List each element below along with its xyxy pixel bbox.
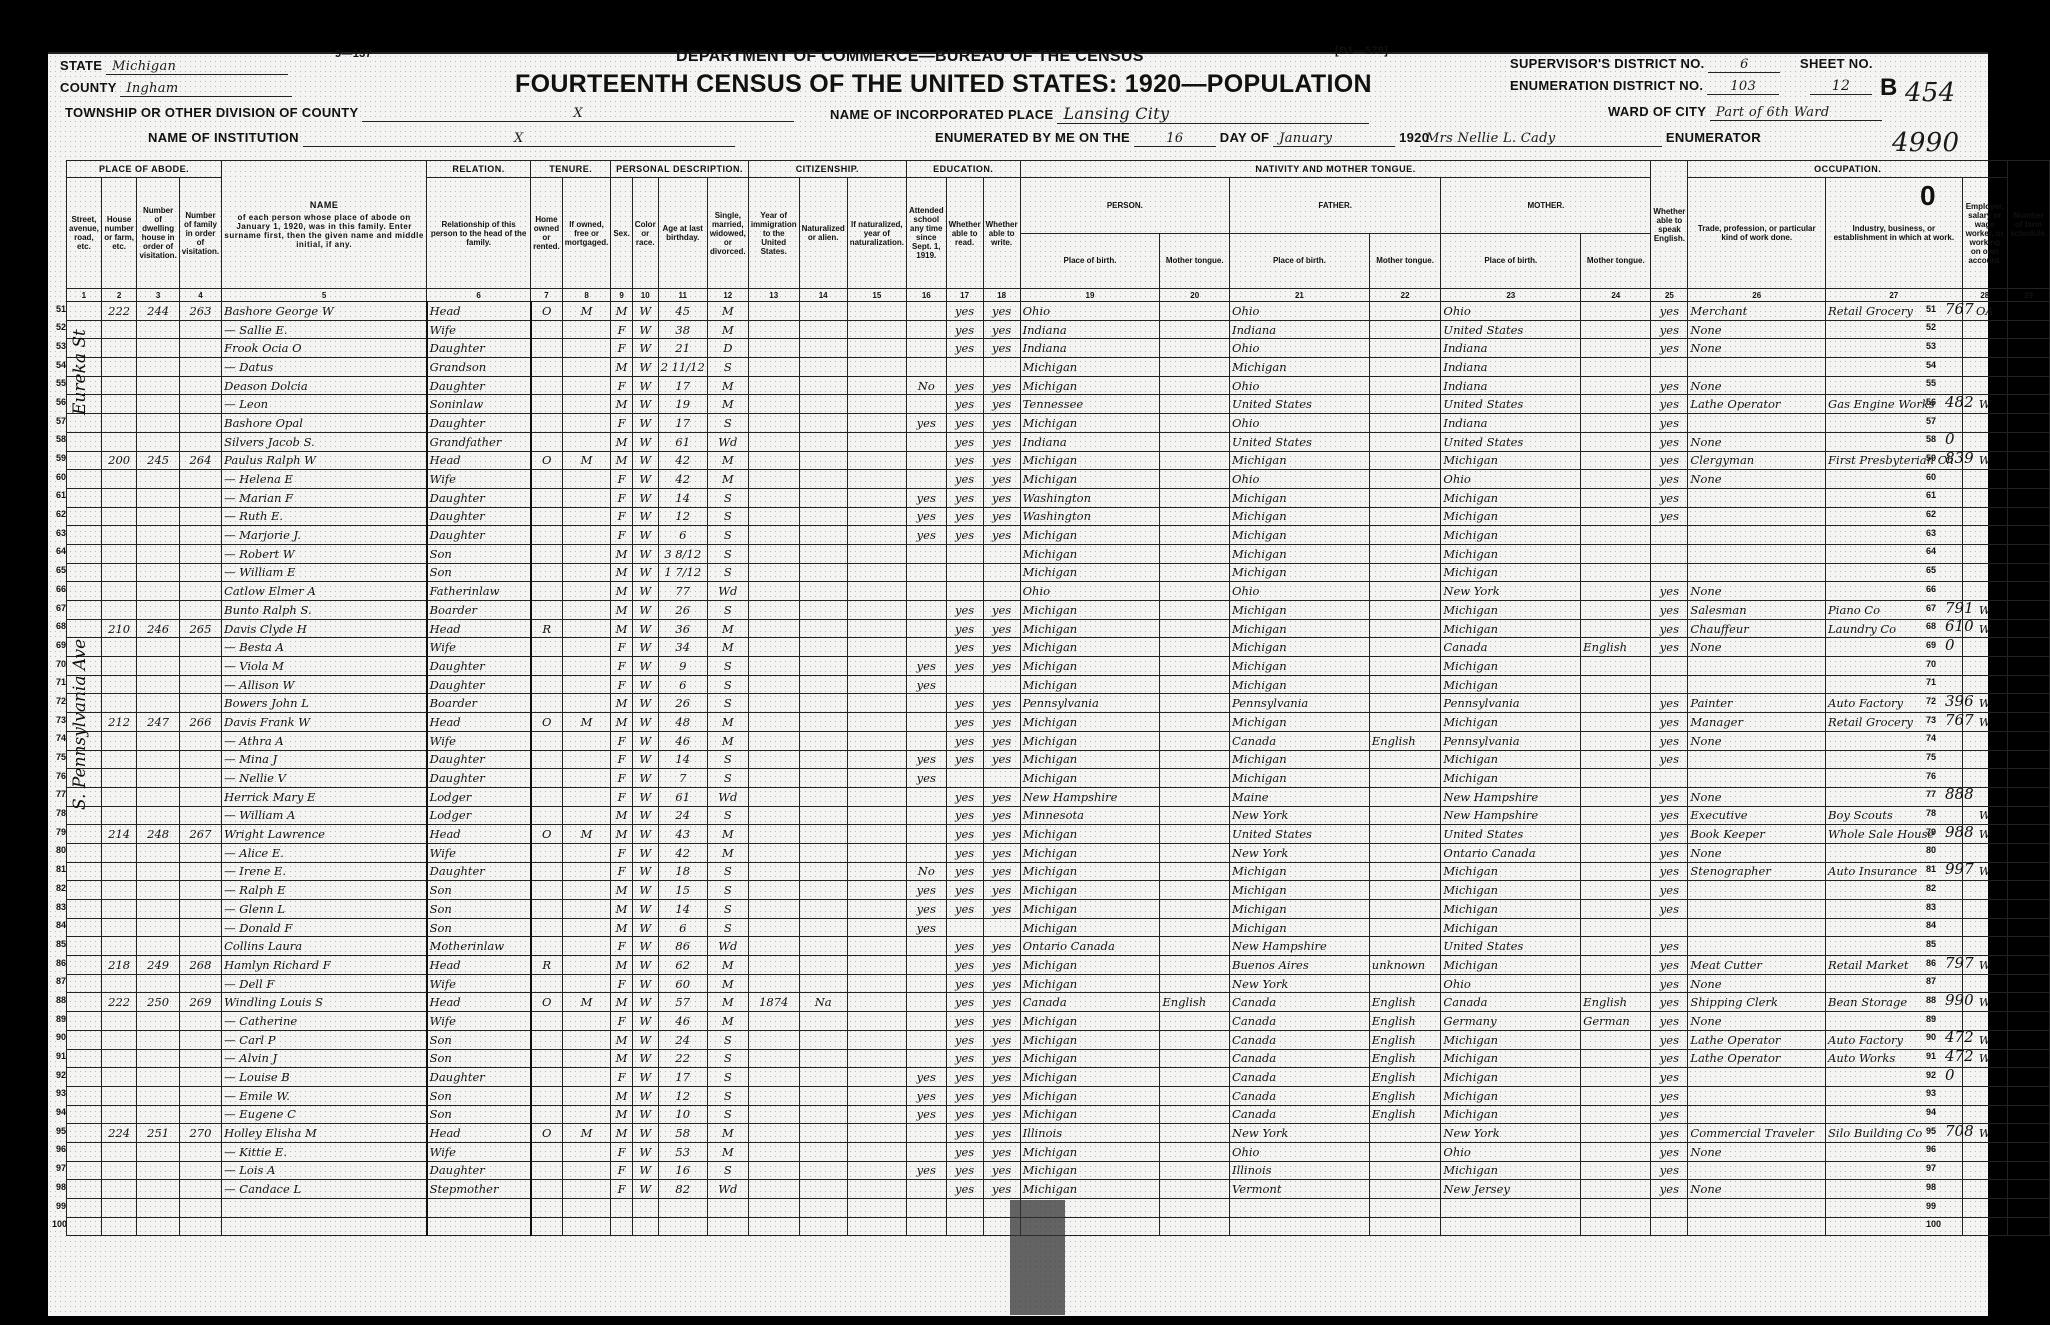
read-cell: yes xyxy=(946,974,983,993)
table-row: — DatusGrandsonMW2 11/12SMichiganMichiga… xyxy=(67,358,2050,377)
naturalized-cell xyxy=(799,544,847,563)
occupation-cell xyxy=(1688,750,1826,769)
mother-tongue-cell xyxy=(1160,470,1230,489)
sex-cell: M xyxy=(611,694,632,713)
sex-cell: M xyxy=(611,1105,632,1124)
marital-status-cell: Wd xyxy=(707,787,748,806)
table-row: — Candace LStepmotherFW82WdyesyesMichiga… xyxy=(67,1180,2050,1199)
write-cell: yes xyxy=(983,1161,1020,1180)
father-birthplace-cell: Michigan xyxy=(1230,601,1370,620)
marital-status-cell: Wd xyxy=(707,937,748,956)
house-number-cell: 212 xyxy=(101,713,137,732)
dwelling-number-cell: 245 xyxy=(137,451,179,470)
person-name-cell: — Ruth E. xyxy=(222,507,427,526)
mother-birthplace-cell: Michigan xyxy=(1441,918,1581,937)
header-dwelling-number: Number of dwelling house in order of vis… xyxy=(137,178,179,289)
industry-cell xyxy=(1826,638,1963,657)
home-owned-cell xyxy=(531,432,563,451)
mother-birthplace-cell: Michigan xyxy=(1441,544,1581,563)
immigration-year-cell xyxy=(748,1105,799,1124)
group-father: FATHER. xyxy=(1230,178,1441,234)
line-number-right: 66 xyxy=(1926,584,1936,594)
line-number-left: 64 xyxy=(52,546,66,556)
birthplace-cell: Michigan xyxy=(1020,563,1160,582)
table-row: Collins LauraMotherinlawFW86WdyesyesOnta… xyxy=(67,937,2050,956)
person-name-cell: — Louise B xyxy=(222,1068,427,1087)
marital-status-cell: S xyxy=(707,862,748,881)
home-owned-cell xyxy=(531,1068,563,1087)
home-owned-cell xyxy=(531,1180,563,1199)
marital-status-cell xyxy=(707,1199,748,1218)
column-number-row: 1234567891011121314151617181920212223242… xyxy=(67,289,2050,302)
mother-birthplace-cell: Michigan xyxy=(1441,956,1581,975)
immigration-year-cell xyxy=(748,769,799,788)
home-owned-cell xyxy=(531,918,563,937)
age-cell: 12 xyxy=(658,1086,707,1105)
house-number-cell xyxy=(101,638,137,657)
father-tongue-cell: English xyxy=(1369,993,1441,1012)
house-number-cell xyxy=(101,937,137,956)
dwelling-number-cell xyxy=(137,488,179,507)
column-number: 3 xyxy=(137,289,179,302)
relation-cell: Head xyxy=(427,713,531,732)
father-birthplace-cell: Buenos Aires xyxy=(1230,956,1370,975)
line-number-left: 96 xyxy=(52,1144,66,1154)
race-cell: W xyxy=(632,395,658,414)
mother-birthplace-cell: Indiana xyxy=(1441,339,1581,358)
column-number: 17 xyxy=(946,289,983,302)
occupation-cell: Salesman xyxy=(1688,601,1826,620)
line-number-left: 54 xyxy=(52,360,66,370)
industry-cell xyxy=(1826,787,1963,806)
line-number-right: 56 xyxy=(1926,397,1936,407)
person-name-cell: Silvers Jacob S. xyxy=(222,432,427,451)
line-number-left: 93 xyxy=(52,1088,66,1098)
table-row: — Eugene CSonMW10SyesyesyesMichiganCanad… xyxy=(67,1105,2050,1124)
write-cell: yes xyxy=(983,339,1020,358)
age-cell: 42 xyxy=(658,470,707,489)
father-birthplace-cell: Michigan xyxy=(1230,918,1370,937)
school-cell xyxy=(906,713,946,732)
relation-cell: Daughter xyxy=(427,526,531,545)
father-birthplace-cell: Ohio xyxy=(1230,302,1370,321)
person-name-cell: Catlow Elmer A xyxy=(222,582,427,601)
race-cell: W xyxy=(632,1142,658,1161)
person-name-cell: — Viola M xyxy=(222,657,427,676)
occupation-cell xyxy=(1688,1217,1826,1236)
mortgage-cell xyxy=(562,544,611,563)
school-cell xyxy=(906,694,946,713)
write-cell: yes xyxy=(983,731,1020,750)
relation-cell: Daughter xyxy=(427,414,531,433)
race-cell: W xyxy=(632,750,658,769)
person-name-cell: — Marian F xyxy=(222,488,427,507)
write-cell: yes xyxy=(983,376,1020,395)
margin-note: 708 xyxy=(1945,1122,1974,1140)
home-owned-cell xyxy=(531,881,563,900)
header-age: Age at last birthday. xyxy=(658,178,707,289)
mother-birthplace-cell: Michigan xyxy=(1441,563,1581,582)
race-cell: W xyxy=(632,1049,658,1068)
table-row: — Glenn LSonMW14SyesyesyesMichiganMichig… xyxy=(67,900,2050,919)
person-name-cell: — Ralph E xyxy=(222,881,427,900)
house-number-cell xyxy=(101,769,137,788)
speaks-english-cell: yes xyxy=(1651,395,1688,414)
naturalization-year-cell xyxy=(847,601,906,620)
birthplace-cell: Michigan xyxy=(1020,657,1160,676)
immigration-year-cell xyxy=(748,1012,799,1031)
dwelling-number-cell xyxy=(137,787,179,806)
marital-status-cell: M xyxy=(707,395,748,414)
immigration-year-cell xyxy=(748,638,799,657)
mother-mother-tongue-cell xyxy=(1581,974,1651,993)
read-cell: yes xyxy=(946,432,983,451)
write-cell: yes xyxy=(983,526,1020,545)
occupation-cell: Clergyman xyxy=(1688,451,1826,470)
age-cell: 46 xyxy=(658,731,707,750)
read-cell xyxy=(946,918,983,937)
dwelling-number-cell xyxy=(137,470,179,489)
county-field: COUNTY Ingham xyxy=(60,80,292,97)
house-number-cell xyxy=(101,1105,137,1124)
school-cell xyxy=(906,937,946,956)
read-cell xyxy=(946,675,983,694)
sex-cell: F xyxy=(611,638,632,657)
immigration-year-cell xyxy=(748,1180,799,1199)
street-name: Eureka St xyxy=(70,329,90,415)
family-number-cell xyxy=(179,657,221,676)
race-cell: W xyxy=(632,302,658,321)
dwelling-number-cell xyxy=(137,1161,179,1180)
family-number-cell: 266 xyxy=(179,713,221,732)
age-cell: 10 xyxy=(658,1105,707,1124)
street-cell xyxy=(67,881,102,900)
write-cell: yes xyxy=(983,1012,1020,1031)
immigration-year-cell xyxy=(748,956,799,975)
father-birthplace-cell: Michigan xyxy=(1230,619,1370,638)
father-birthplace-cell: Michigan xyxy=(1230,675,1370,694)
form-number: 9—137 xyxy=(335,48,372,60)
person-name-cell: — Carl P xyxy=(222,1030,427,1049)
mortgage-cell xyxy=(562,395,611,414)
marital-status-cell: M xyxy=(707,956,748,975)
mother-birthplace-cell: Michigan xyxy=(1441,750,1581,769)
table-row: Bashore OpalDaughterFW17SyesyesyesMichig… xyxy=(67,414,2050,433)
father-birthplace-cell: Michigan xyxy=(1230,526,1370,545)
employer-class-cell xyxy=(1962,339,2007,358)
naturalization-year-cell xyxy=(847,1068,906,1087)
mother-tongue-cell xyxy=(1160,302,1230,321)
mortgage-cell xyxy=(562,675,611,694)
family-number-cell xyxy=(179,358,221,377)
marital-status-cell: S xyxy=(707,507,748,526)
mother-mother-tongue-cell xyxy=(1581,414,1651,433)
birthplace-cell: Michigan xyxy=(1020,358,1160,377)
immigration-year-cell xyxy=(748,862,799,881)
person-name-cell: Davis Frank W xyxy=(222,713,427,732)
house-number-cell xyxy=(101,488,137,507)
mother-mother-tongue-cell xyxy=(1581,937,1651,956)
family-number-cell: 263 xyxy=(179,302,221,321)
naturalization-year-cell xyxy=(847,881,906,900)
father-birthplace-cell: United States xyxy=(1230,825,1370,844)
read-cell xyxy=(946,582,983,601)
house-number-cell xyxy=(101,1068,137,1087)
mother-tongue-cell xyxy=(1160,451,1230,470)
line-number-left: 98 xyxy=(52,1182,66,1192)
naturalized-cell xyxy=(799,488,847,507)
name-heading: NAME xyxy=(224,201,424,210)
farm-schedule-cell xyxy=(2008,339,2050,358)
line-number-right: 61 xyxy=(1926,490,1936,500)
mother-birthplace-cell: Michigan xyxy=(1441,769,1581,788)
naturalized-cell xyxy=(799,414,847,433)
house-number-cell xyxy=(101,358,137,377)
father-birthplace-cell: Michigan xyxy=(1230,713,1370,732)
family-number-cell xyxy=(179,843,221,862)
race-cell: W xyxy=(632,862,658,881)
mother-birthplace-cell: New York xyxy=(1441,1124,1581,1143)
dwelling-number-cell xyxy=(137,1180,179,1199)
birthplace-cell: Minnesota xyxy=(1020,806,1160,825)
school-cell: yes xyxy=(906,488,946,507)
family-number-cell xyxy=(179,974,221,993)
occupation-cell xyxy=(1688,563,1826,582)
mortgage-cell xyxy=(562,787,611,806)
header-father-birthplace: Place of birth. xyxy=(1230,233,1370,289)
sex-cell: F xyxy=(611,1068,632,1087)
margin-note: 472 xyxy=(1945,1047,1974,1065)
immigration-year-cell xyxy=(748,601,799,620)
header-house-number: House number or farm, etc. xyxy=(101,178,137,289)
industry-cell xyxy=(1826,358,1963,377)
street-cell xyxy=(67,825,102,844)
race-cell: W xyxy=(632,582,658,601)
group-relation: RELATION. xyxy=(427,161,531,178)
industry-cell: Auto Works xyxy=(1826,1049,1963,1068)
naturalization-year-cell xyxy=(847,843,906,862)
group-mother: MOTHER. xyxy=(1441,178,1651,234)
age-cell: 19 xyxy=(658,395,707,414)
home-owned-cell: R xyxy=(531,619,563,638)
mother-birthplace-cell: United States xyxy=(1441,432,1581,451)
occupation-cell: Manager xyxy=(1688,713,1826,732)
street-name: S. Pennsylvania Ave xyxy=(70,639,90,810)
occupation-cell: Meat Cutter xyxy=(1688,956,1826,975)
house-number-cell: 200 xyxy=(101,451,137,470)
street-cell xyxy=(67,937,102,956)
naturalized-cell xyxy=(799,526,847,545)
census-table: PLACE OF ABODE. NAME of each person whos… xyxy=(66,160,2050,1236)
line-number-right: 79 xyxy=(1926,827,1936,837)
father-birthplace-cell: Canada xyxy=(1230,1105,1370,1124)
mother-mother-tongue-cell xyxy=(1581,1068,1651,1087)
father-birthplace-cell: New York xyxy=(1230,974,1370,993)
industry-cell: Boy Scouts xyxy=(1826,806,1963,825)
age-cell: 17 xyxy=(658,1068,707,1087)
marital-status-cell: M xyxy=(707,1012,748,1031)
age-cell: 14 xyxy=(658,900,707,919)
write-cell: yes xyxy=(983,806,1020,825)
occupation-cell: None xyxy=(1688,339,1826,358)
line-number-right: 91 xyxy=(1926,1051,1936,1061)
header-person-birthplace: Place of birth. xyxy=(1020,233,1160,289)
naturalized-cell xyxy=(799,1217,847,1236)
naturalized-cell xyxy=(799,582,847,601)
marital-status-cell: S xyxy=(707,750,748,769)
marital-status-cell: M xyxy=(707,713,748,732)
speaks-english-cell: yes xyxy=(1651,750,1688,769)
header-relationship: Relationship of this person to the head … xyxy=(427,178,531,289)
school-cell: yes xyxy=(906,1105,946,1124)
mortgage-cell xyxy=(562,1012,611,1031)
farm-schedule-cell xyxy=(2008,937,2050,956)
family-number-cell xyxy=(179,1199,221,1218)
naturalization-year-cell xyxy=(847,1086,906,1105)
line-number-right: 69 xyxy=(1926,640,1936,650)
age-cell: 14 xyxy=(658,488,707,507)
birthplace-cell: Michigan xyxy=(1020,1142,1160,1161)
father-birthplace-cell: Ohio xyxy=(1230,1142,1370,1161)
sex-cell: M xyxy=(611,825,632,844)
farm-schedule-cell xyxy=(2008,1030,2050,1049)
dwelling-number-cell xyxy=(137,843,179,862)
line-number-right: 65 xyxy=(1926,565,1936,575)
family-number-cell xyxy=(179,769,221,788)
line-number-right: 53 xyxy=(1926,341,1936,351)
birthplace-cell: Michigan xyxy=(1020,470,1160,489)
mother-tongue-cell: English xyxy=(1160,993,1230,1012)
dwelling-number-cell: 251 xyxy=(137,1124,179,1143)
line-number-left: 87 xyxy=(52,976,66,986)
group-tenure: TENURE. xyxy=(531,161,611,178)
race-cell: W xyxy=(632,1105,658,1124)
immigration-year-cell xyxy=(748,657,799,676)
home-owned-cell xyxy=(531,507,563,526)
industry-cell xyxy=(1826,657,1963,676)
father-tongue-cell: English xyxy=(1369,1012,1441,1031)
farm-schedule-cell xyxy=(2008,470,2050,489)
relation-cell: Daughter xyxy=(427,1161,531,1180)
person-name-cell: — Nellie V xyxy=(222,769,427,788)
age-cell: 6 xyxy=(658,918,707,937)
column-number: 7 xyxy=(531,289,563,302)
farm-schedule-cell xyxy=(2008,918,2050,937)
occupation-cell: Chauffeur xyxy=(1688,619,1826,638)
read-cell xyxy=(946,1217,983,1236)
mother-tongue-cell xyxy=(1160,974,1230,993)
father-tongue-cell xyxy=(1369,1161,1441,1180)
farm-schedule-cell xyxy=(2008,956,2050,975)
race-cell: W xyxy=(632,339,658,358)
naturalization-year-cell xyxy=(847,657,906,676)
naturalization-year-cell xyxy=(847,395,906,414)
naturalization-year-cell xyxy=(847,1142,906,1161)
occupation-cell: None xyxy=(1688,470,1826,489)
home-owned-cell xyxy=(531,1030,563,1049)
naturalized-cell xyxy=(799,974,847,993)
father-tongue-cell xyxy=(1369,470,1441,489)
mother-mother-tongue-cell xyxy=(1581,544,1651,563)
naturalized-cell xyxy=(799,1030,847,1049)
relation-cell: Motherinlaw xyxy=(427,937,531,956)
occupation-cell xyxy=(1688,900,1826,919)
naturalization-year-cell xyxy=(847,918,906,937)
naturalized-cell xyxy=(799,470,847,489)
father-tongue-cell xyxy=(1369,1217,1441,1236)
person-name-cell: — Sallie E. xyxy=(222,320,427,339)
immigration-year-cell xyxy=(748,451,799,470)
farm-schedule-cell xyxy=(2008,750,2050,769)
supervisor-district-label: SUPERVISOR'S DISTRICT NO. xyxy=(1510,56,1705,71)
table-row: Bunto Ralph S.BoarderMW26SyesyesMichigan… xyxy=(67,601,2050,620)
industry-cell xyxy=(1826,1199,1963,1218)
mother-tongue-cell xyxy=(1160,731,1230,750)
school-cell xyxy=(906,432,946,451)
line-number-left: 74 xyxy=(52,733,66,743)
occupation-cell xyxy=(1688,414,1826,433)
industry-cell xyxy=(1826,432,1963,451)
mortgage-cell: M xyxy=(562,713,611,732)
race-cell: W xyxy=(632,769,658,788)
school-cell xyxy=(906,470,946,489)
person-name-cell: — Emile W. xyxy=(222,1086,427,1105)
immigration-year-cell xyxy=(748,302,799,321)
department-title: DEPARTMENT OF COMMERCE—BUREAU OF THE CEN… xyxy=(676,48,1144,66)
township-label: TOWNSHIP OR OTHER DIVISION OF COUNTY xyxy=(65,105,358,120)
dwelling-number-cell xyxy=(137,1217,179,1236)
incorporated-place-label: NAME OF INCORPORATED PLACE xyxy=(830,107,1054,122)
read-cell xyxy=(946,358,983,377)
industry-cell: Piano Co xyxy=(1826,601,1963,620)
birthplace-cell: Michigan xyxy=(1020,750,1160,769)
line-number-right: 82 xyxy=(1926,883,1936,893)
school-cell: No xyxy=(906,862,946,881)
table-row: — Helena EWifeFW42MyesyesMichiganOhioOhi… xyxy=(67,470,2050,489)
family-number-cell: 265 xyxy=(179,619,221,638)
sex-cell: F xyxy=(611,470,632,489)
mother-mother-tongue-cell xyxy=(1581,1049,1651,1068)
speaks-english-cell: yes xyxy=(1651,806,1688,825)
naturalization-year-cell xyxy=(847,320,906,339)
line-number-left: 83 xyxy=(52,902,66,912)
speaks-english-cell xyxy=(1651,526,1688,545)
mother-mother-tongue-cell xyxy=(1581,563,1651,582)
marital-status-cell: M xyxy=(707,1142,748,1161)
age-cell: 2 11/12 xyxy=(658,358,707,377)
dwelling-number-cell xyxy=(137,432,179,451)
mother-birthplace-cell: Michigan xyxy=(1441,713,1581,732)
father-tongue-cell: English xyxy=(1369,731,1441,750)
birthplace-cell: Michigan xyxy=(1020,974,1160,993)
speaks-english-cell: yes xyxy=(1651,993,1688,1012)
immigration-year-cell xyxy=(748,395,799,414)
age-cell: 60 xyxy=(658,974,707,993)
house-number-cell xyxy=(101,414,137,433)
father-tongue-cell xyxy=(1369,582,1441,601)
margin-note: 0 xyxy=(1945,430,1955,448)
naturalization-year-cell xyxy=(847,1161,906,1180)
line-number-right: 73 xyxy=(1926,715,1936,725)
column-number: 10 xyxy=(632,289,658,302)
speaks-english-cell: yes xyxy=(1651,601,1688,620)
speaks-english-cell: yes xyxy=(1651,1030,1688,1049)
immigration-year-cell xyxy=(748,675,799,694)
employer-class-cell xyxy=(1962,544,2007,563)
column-number: 12 xyxy=(707,289,748,302)
street-cell xyxy=(67,563,102,582)
race-cell: W xyxy=(632,451,658,470)
